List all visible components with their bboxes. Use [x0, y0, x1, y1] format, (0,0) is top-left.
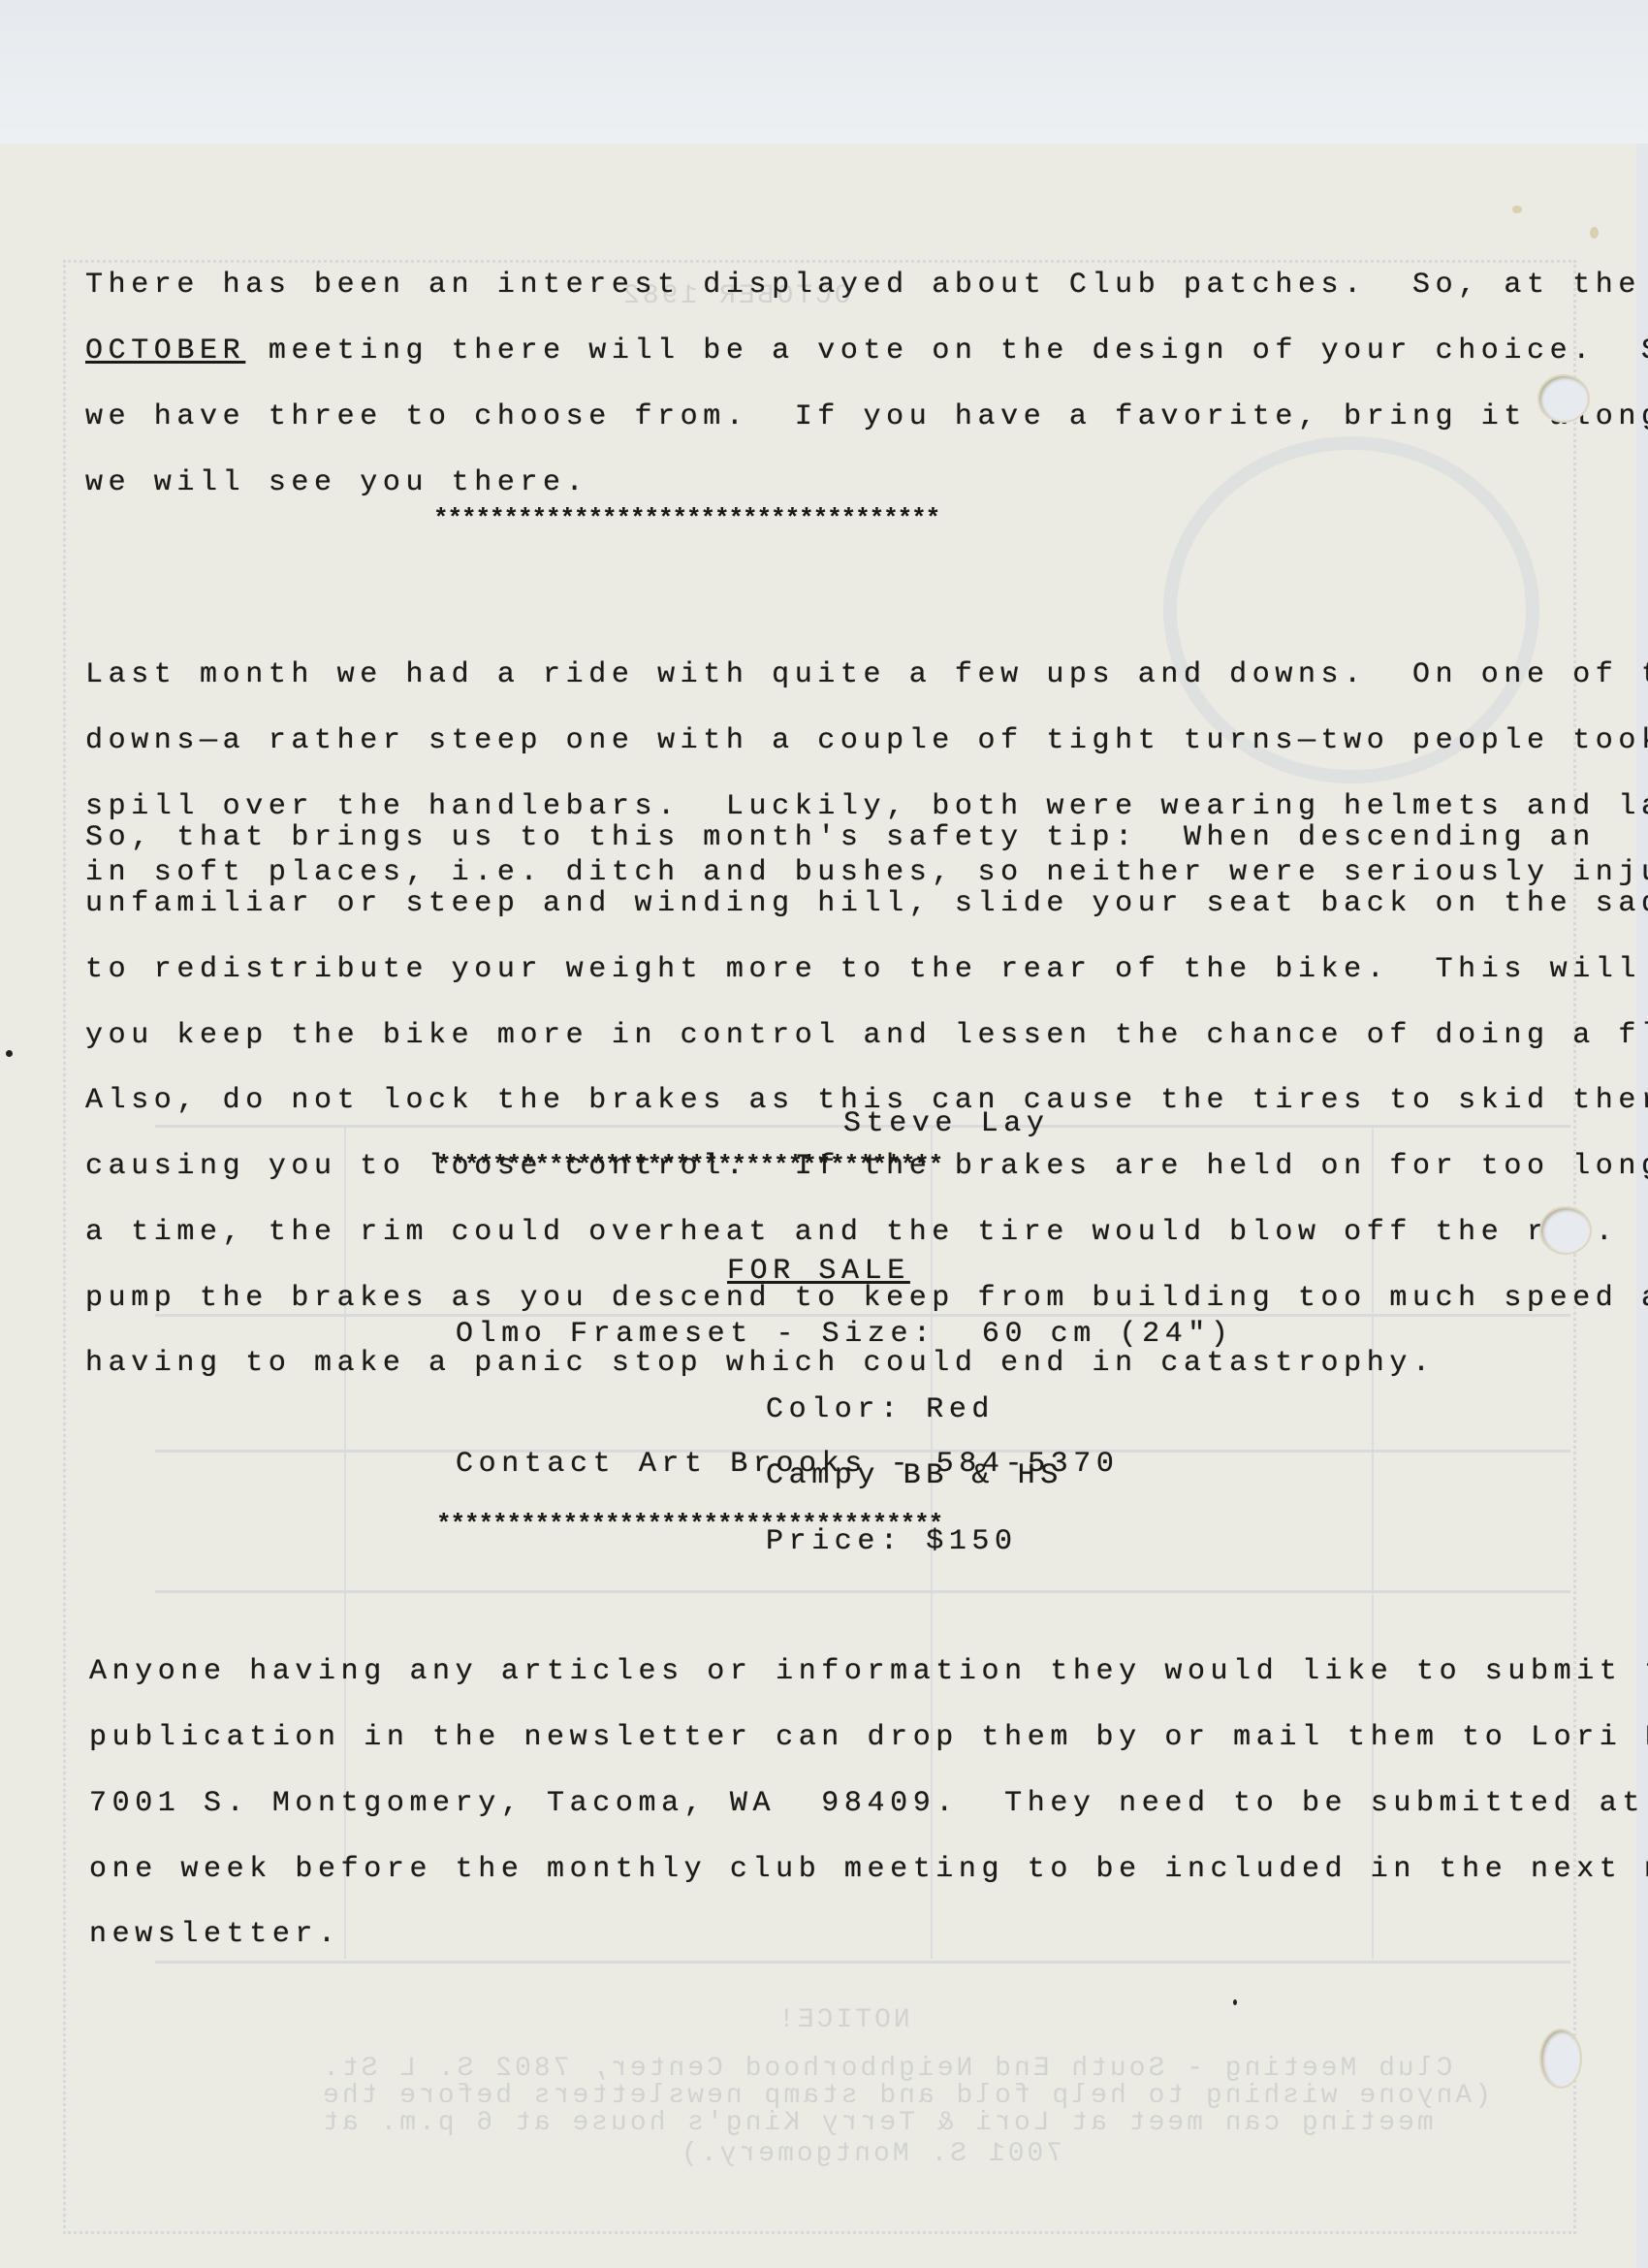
text-line: we will see you there. [85, 472, 1648, 495]
text-line: one week before the monthly club meeting… [89, 1859, 1648, 1881]
text-line: a time, the rim could overheat and the t… [85, 1222, 1648, 1244]
text-line: newsletter. [89, 1924, 1648, 1946]
patches-paragraph: There has been an interest displayed abo… [85, 231, 1648, 516]
bleed-through-notice-line: Club Meeting - South End Neighborhood Ce… [320, 2054, 1452, 2084]
punch-hole [1541, 2030, 1580, 2087]
bleed-through-notice-line: 7001 S. Montgomery.) [679, 2139, 1062, 2169]
asterisk-separator: ************************************ [436, 1151, 942, 1180]
text-line: you keep the bike more in control and le… [85, 1025, 1648, 1047]
text-line: unfamiliar or steep and winding hill, sl… [85, 893, 1648, 915]
bleed-through-table-rule [155, 1590, 1570, 1593]
bleed-through-notice-heading: NOTICE! [776, 2005, 910, 2035]
text-line: 7001 S. Montgomery, Tacoma, WA 98409. Th… [89, 1793, 1648, 1815]
asterisk-separator: ************************************ [436, 1510, 942, 1539]
scanner-background [0, 0, 1648, 144]
detail-color: Color: Red [766, 1399, 1063, 1421]
for-sale-contact: Contact Art Brooks - 584-5370 [456, 1453, 1120, 1476]
underlined-month: OCTOBER [85, 335, 245, 367]
text-line: So, that brings us to this month's safet… [85, 827, 1648, 849]
safety-tip-paragraph: So, that brings us to this month's safet… [85, 783, 1648, 1397]
paper-stain [1512, 206, 1522, 213]
text-line: downs—a rather steep one with a couple o… [85, 730, 1648, 752]
for-sale-heading: FOR SALE [727, 1261, 910, 1283]
ink-speck [6, 1050, 13, 1057]
bleed-through-notice-line: meeting can meet at Lori & Terry King's … [320, 2108, 1434, 2138]
for-sale-item: Olmo Frameset - Size: 60 cm (24") [456, 1324, 1234, 1346]
author-signature: Steve Lay [843, 1113, 1049, 1135]
text-line: Last month we had a ride with quite a fe… [85, 664, 1648, 687]
submissions-paragraph: Anyone having any articles or informatio… [89, 1617, 1648, 1968]
text-line: publication in the newsletter can drop t… [89, 1727, 1648, 1749]
text-line-rest: meeting there will be a vote on the desi… [245, 335, 1648, 367]
text-line: Anyone having any articles or informatio… [89, 1661, 1648, 1683]
punch-hole [1539, 376, 1588, 421]
text-line: OCTOBER meeting there will be a vote on … [85, 340, 1648, 363]
punch-hole [1541, 1208, 1590, 1253]
asterisk-separator: ************************************ [433, 504, 939, 533]
text-line: we have three to choose from. If you hav… [85, 406, 1648, 429]
text-line: to redistribute your weight more to the … [85, 959, 1648, 981]
paper-stain [1590, 227, 1599, 239]
text-line: There has been an interest displayed abo… [85, 274, 1648, 297]
text-line: pump the brakes as you descend to keep f… [85, 1288, 1648, 1310]
bleed-through-notice-line: (Anyone wishing to help fold and stamp n… [320, 2081, 1491, 2111]
ink-speck [1233, 1999, 1237, 2005]
